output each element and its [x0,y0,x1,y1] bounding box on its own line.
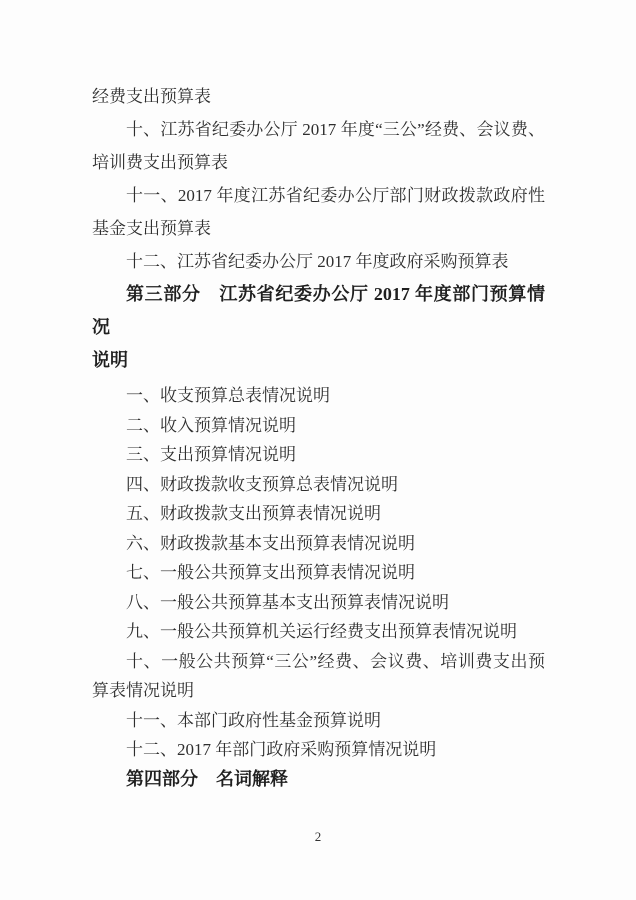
part3-item-6: 六、财政拨款基本支出预算表情况说明 [92,529,545,559]
part3-item-12: 十二、2017 年部门政府采购预算情况说明 [92,735,545,765]
part3-item-10: 十、一般公共预算“三公”经费、会议费、培训费支出预 [92,647,545,677]
toc-item-11-continuation: 基金支出预算表 [92,212,545,245]
toc-line-expense-table-continuation: 经费支出预算表 [92,80,545,113]
part3-heading-continuation: 说明 [92,344,545,377]
toc-section-notes: 一、收支预算总表情况说明 二、收入预算情况说明 三、支出预算情况说明 四、财政拨… [92,381,545,794]
part3-item-5: 五、财政拨款支出预算表情况说明 [92,499,545,529]
part3-item-4: 四、财政拨款收支预算总表情况说明 [92,470,545,500]
toc-item-12: 十二、江苏省纪委办公厅 2017 年度政府采购预算表 [92,245,545,278]
part3-heading: 第三部分 江苏省纪委办公厅 2017 年度部门预算情况 [92,278,545,344]
page-number: 2 [0,829,636,845]
part4-heading: 第四部分 名词解释 [92,765,545,795]
toc-section-tables: 经费支出预算表 十、江苏省纪委办公厅 2017 年度“三公”经费、会议费、 培训… [92,80,545,377]
part3-item-7: 七、一般公共预算支出预算表情况说明 [92,558,545,588]
toc-item-10: 十、江苏省纪委办公厅 2017 年度“三公”经费、会议费、 [92,113,545,146]
document-page: 经费支出预算表 十、江苏省纪委办公厅 2017 年度“三公”经费、会议费、 培训… [0,0,636,900]
part3-item-1: 一、收支预算总表情况说明 [92,381,545,411]
toc-item-11: 十一、2017 年度江苏省纪委办公厅部门财政拨款政府性 [92,179,545,212]
part3-item-8: 八、一般公共预算基本支出预算表情况说明 [92,588,545,618]
part3-item-9: 九、一般公共预算机关运行经费支出预算表情况说明 [92,617,545,647]
part3-item-2: 二、收入预算情况说明 [92,411,545,441]
part3-item-3: 三、支出预算情况说明 [92,440,545,470]
table-of-contents: 经费支出预算表 十、江苏省纪委办公厅 2017 年度“三公”经费、会议费、 培训… [92,80,545,794]
toc-item-10-continuation: 培训费支出预算表 [92,146,545,179]
part3-item-11: 十一、本部门政府性基金预算说明 [92,706,545,736]
part3-item-10-continuation: 算表情况说明 [92,676,545,706]
